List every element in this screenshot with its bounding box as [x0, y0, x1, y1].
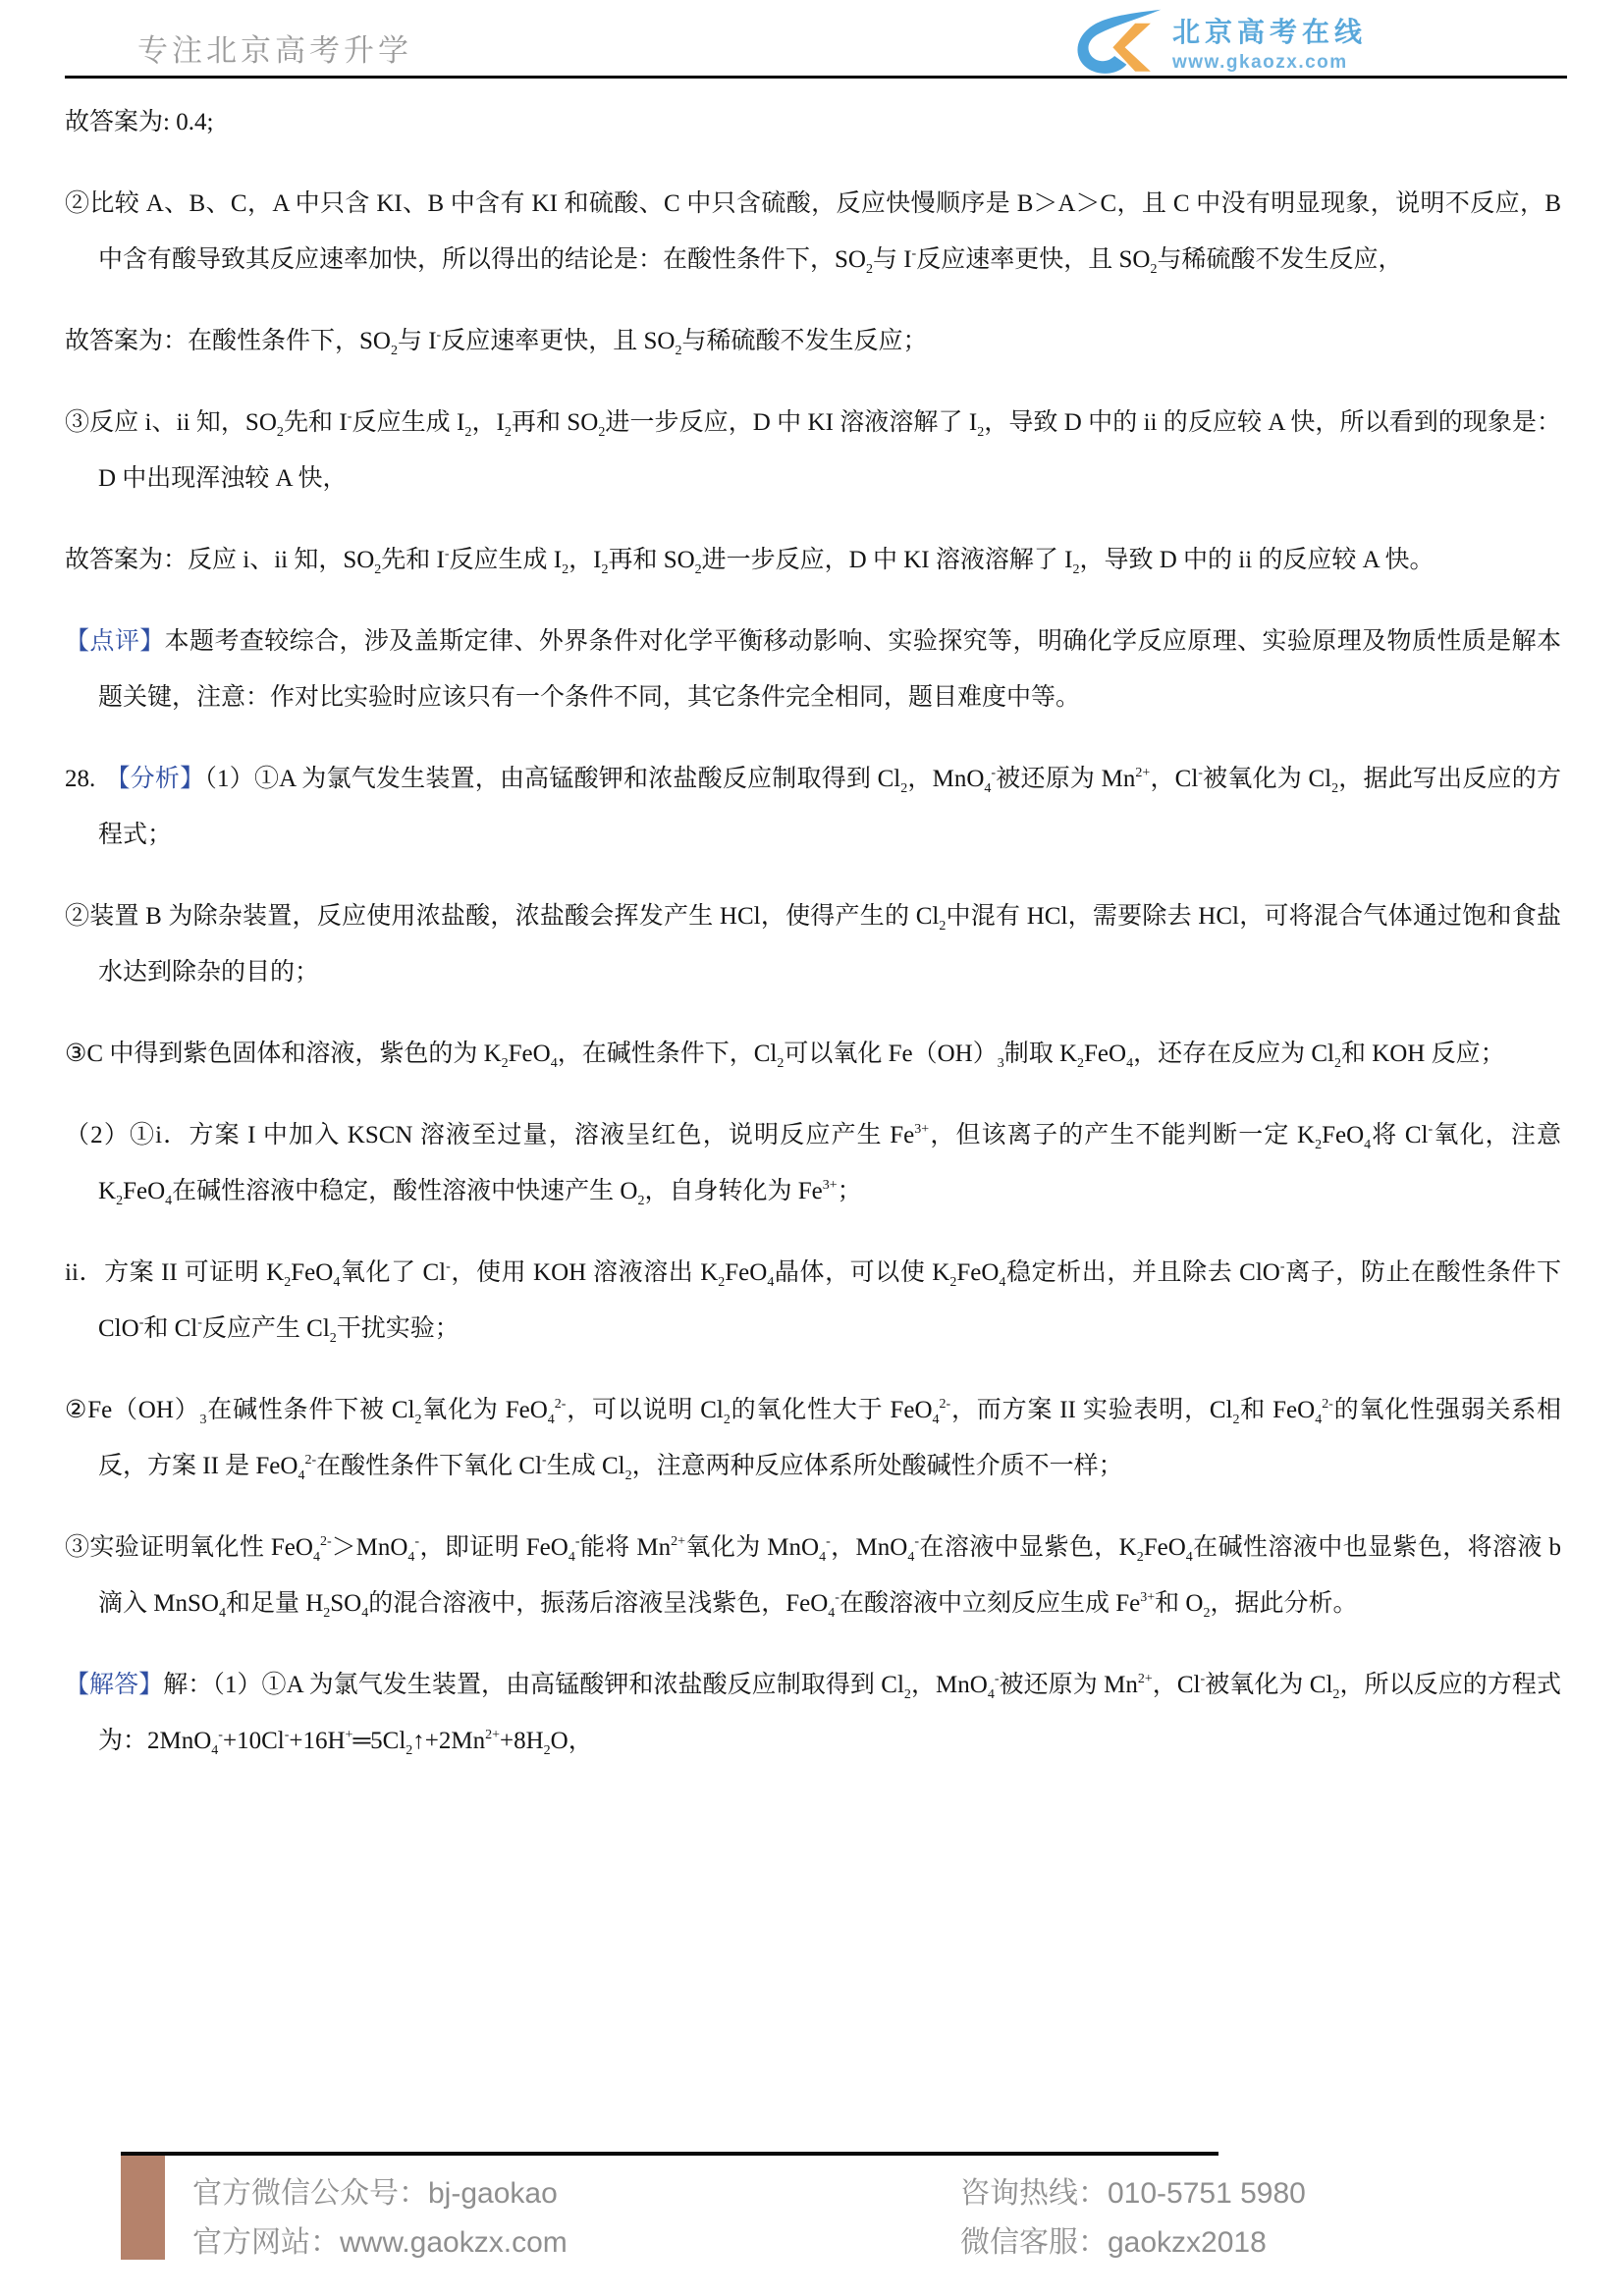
gk-logo-icon [1066, 8, 1164, 77]
logo-site-url: www.gkaozx.com [1172, 52, 1367, 74]
paragraph-text: 故答案为：在酸性条件下，SO2与 I-反应速率更快，且 SO2与稀硫酸不发生反应… [65, 328, 927, 354]
logo-text-block: 北京高考在线 www.gkaozx.com [1172, 11, 1367, 74]
solution-paragraph: ③C 中得到紫色固体和溶液，紫色的为 K2FeO4，在碱性条件下，Cl2可以氧化… [65, 1026, 1561, 1082]
solution-paragraph: 【点评】本题考查较综合，涉及盖斯定律、外界条件对化学平衡移动影响、实验探究等，明… [65, 614, 1561, 725]
solution-paragraph: ②Fe（OH）3在碱性条件下被 Cl2氧化为 FeO42-，可以说明 Cl2的氧… [65, 1382, 1561, 1494]
paragraph-text: （1）①A 为氯气发生装置，由高锰酸钾和浓盐酸反应制取得到 Cl2，MnO4-被… [98, 766, 1561, 848]
header-divider [65, 76, 1567, 79]
footer-wechat-account: 官方微信公众号：bj-gaokao [192, 2169, 568, 2218]
site-logo: 北京高考在线 www.gkaozx.com [1066, 8, 1367, 77]
paragraph-text: 故答案为: 0.4; [65, 109, 213, 135]
solution-paragraph: 故答案为：反应 i、ii 知，SO2先和 I-反应生成 I2，I2再和 SO2进… [65, 532, 1561, 588]
solution-paragraph: 故答案为：在酸性条件下，SO2与 I-反应速率更快，且 SO2与稀硫酸不发生反应… [65, 313, 1561, 369]
paragraph-text: ③实验证明氧化性 FeO42-＞MnO4-，即证明 FeO4-能将 Mn2+氧化… [65, 1534, 1561, 1617]
solution-paragraph: ii．方案 II 可证明 K2FeO4氧化了 Cl-，使用 KOH 溶液溶出 K… [65, 1245, 1561, 1357]
paragraph-text: ③反应 i、ii 知，SO2先和 I-反应生成 I2，I2再和 SO2进一步反应… [65, 409, 1561, 492]
footer-right-column: 咨询热线：010-5751 5980 微信客服：gaokzx2018 [960, 2169, 1306, 2268]
footer-left-column: 官方微信公众号：bj-gaokao 官方网站：www.gaokzx.com [192, 2169, 568, 2268]
section-label: 【分析】 [105, 766, 204, 792]
paragraph-text: ii．方案 II 可证明 K2FeO4氧化了 Cl-，使用 KOH 溶液溶出 K… [65, 1259, 1561, 1342]
logo-site-name: 北京高考在线 [1172, 11, 1367, 50]
paragraph-text: 解：（1）①A 为氯气发生装置，由高锰酸钾和浓盐酸反应制取得到 Cl2，MnO4… [98, 1672, 1561, 1754]
paragraph-text: ③C 中得到紫色固体和溶液，紫色的为 K2FeO4，在碱性条件下，Cl2可以氧化… [65, 1041, 1505, 1067]
header-slogan: 专注北京高考升学 [137, 26, 412, 70]
footer-official-website: 官方网站：www.gaokzx.com [192, 2218, 568, 2268]
footer-hotline: 咨询热线：010-5751 5980 [960, 2169, 1306, 2218]
paragraph-text: 故答案为：反应 i、ii 知，SO2先和 I-反应生成 I2，I2再和 SO2进… [65, 547, 1435, 573]
section-label: 【点评】 [65, 628, 165, 655]
solution-paragraph: 故答案为: 0.4; [65, 94, 1561, 150]
footer-accent-block [121, 2156, 165, 2260]
document-body: 故答案为: 0.4;②比较 A、B、C，A 中只含 KI、B 中含有 KI 和硫… [65, 94, 1561, 1794]
paragraph-text: ②装置 B 为除杂装置，反应使用浓盐酸，浓盐酸会挥发产生 HCl，使得产生的 C… [65, 903, 1561, 986]
solution-paragraph: ②装置 B 为除杂装置，反应使用浓盐酸，浓盐酸会挥发产生 HCl，使得产生的 C… [65, 888, 1561, 1000]
paragraph-text: ②Fe（OH）3在碱性条件下被 Cl2氧化为 FeO42-，可以说明 Cl2的氧… [65, 1397, 1561, 1479]
paragraph-text: （2）①i．方案 I 中加入 KSCN 溶液至过量，溶液呈红色，说明反应产生 F… [65, 1122, 1561, 1204]
paragraph-text: 本题考查较综合，涉及盖斯定律、外界条件对化学平衡移动影响、实验探究等，明确化学反… [98, 628, 1561, 711]
section-label: 【解答】 [65, 1672, 163, 1698]
paragraph-text: ②比较 A、B、C，A 中只含 KI、B 中含有 KI 和硫酸、C 中只含硫酸，… [65, 190, 1561, 273]
document-page: 专注北京高考升学 北京高考在线 www.gkaozx.com 故答案为: 0.4… [0, 0, 1624, 2296]
question-number: 28. [65, 766, 95, 792]
solution-paragraph: ③反应 i、ii 知，SO2先和 I-反应生成 I2，I2再和 SO2进一步反应… [65, 395, 1561, 507]
solution-paragraph: （2）①i．方案 I 中加入 KSCN 溶液至过量，溶液呈红色，说明反应产生 F… [65, 1107, 1561, 1219]
solution-paragraph: 【解答】解：（1）①A 为氯气发生装置，由高锰酸钾和浓盐酸反应制取得到 Cl2，… [65, 1657, 1561, 1769]
footer-wechat-service: 微信客服：gaokzx2018 [960, 2218, 1306, 2268]
solution-paragraph: ③实验证明氧化性 FeO42-＞MnO4-，即证明 FeO4-能将 Mn2+氧化… [65, 1520, 1561, 1631]
footer-divider [121, 2152, 1218, 2156]
solution-paragraph: 28.【分析】（1）①A 为氯气发生装置，由高锰酸钾和浓盐酸反应制取得到 Cl2… [65, 751, 1561, 863]
solution-paragraph: ②比较 A、B、C，A 中只含 KI、B 中含有 KI 和硫酸、C 中只含硫酸，… [65, 176, 1561, 288]
